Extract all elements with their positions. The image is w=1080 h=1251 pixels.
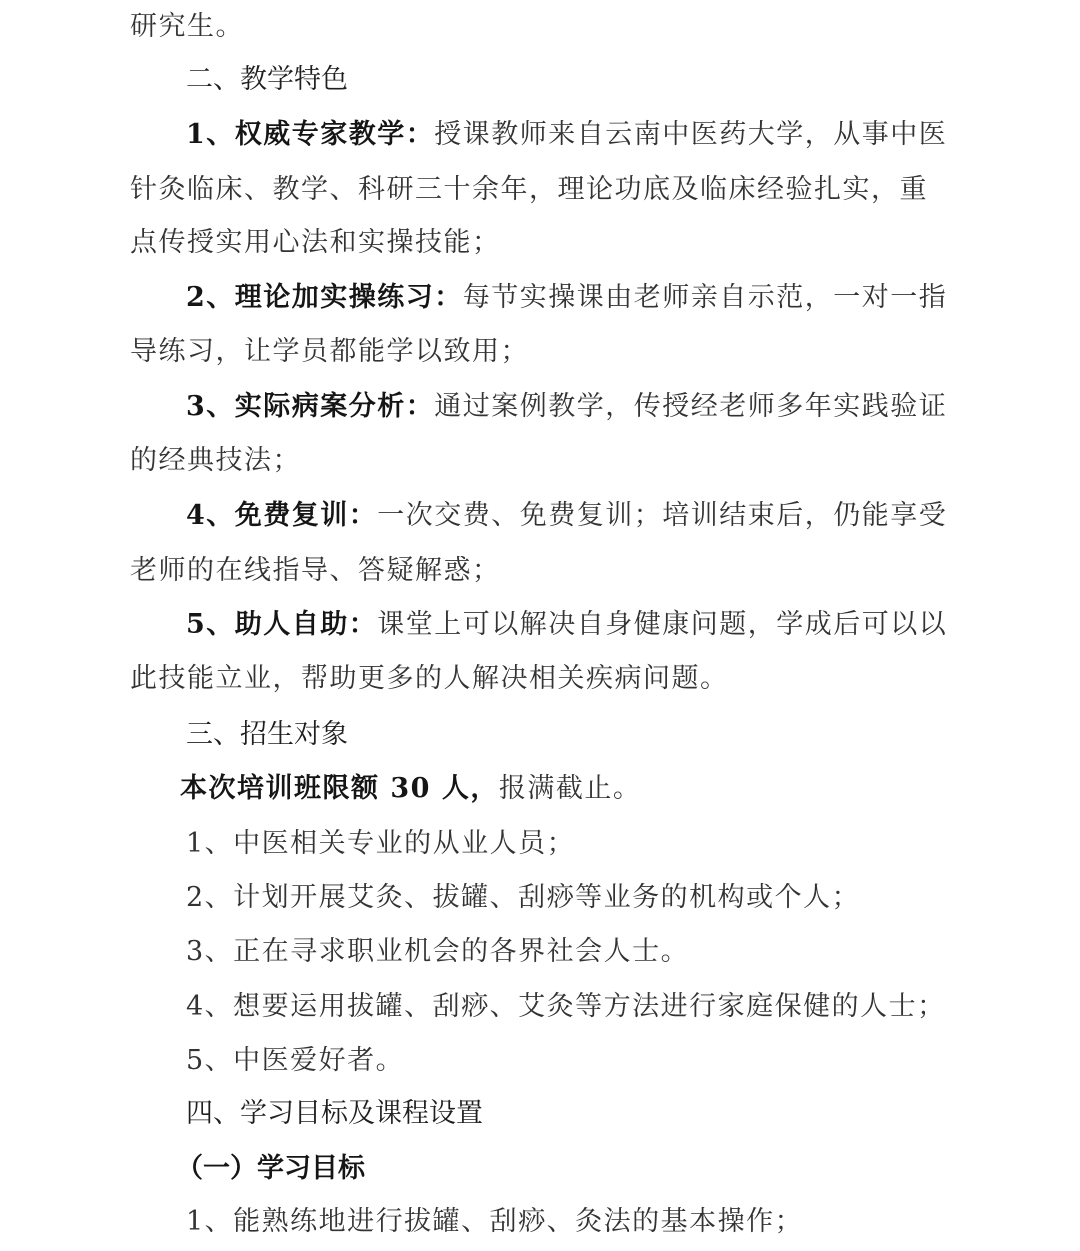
- feature-item-5-line2: 此技能立业，帮助更多的人解决相关疾病问题。: [130, 652, 960, 706]
- enrollment-quota-rest: 报满截止。: [499, 773, 642, 804]
- feature-item-1-line2: 针灸临床、教学、科研三十余年，理论功底及临床经验扎实，重: [130, 163, 960, 217]
- feature-item-1-text: 授课教师来自云南中医药大学，从事中医: [434, 119, 947, 150]
- goal-item-1: 1、能熟练地进行拔罐、刮痧、灸法的基本操作；: [186, 1195, 1016, 1249]
- feature-item-5: 5、助人自助：课堂上可以解决自身健康问题，学成后可以以: [186, 598, 960, 652]
- audience-item-4: 4、想要运用拔罐、刮痧、艾灸等方法进行家庭保健的人士；: [186, 980, 1016, 1034]
- feature-item-4: 4、免费复训：一次交费、免费复训；培训结束后，仍能享受: [186, 489, 960, 543]
- section-4-heading: 四、学习目标及课程设置: [186, 1087, 960, 1141]
- feature-item-5-lead: 5、助人自助：: [186, 609, 377, 640]
- feature-item-3-text: 通过案例教学，传授经老师多年实践验证: [434, 391, 947, 422]
- feature-item-2-line2: 导练习，让学员都能学以致用；: [130, 325, 960, 379]
- document-page: 研究生。 二、教学特色 1、权威专家教学：授课教师来自云南中医药大学，从事中医 …: [0, 0, 1080, 1251]
- feature-item-4-lead: 4、免费复训：: [186, 500, 377, 531]
- enrollment-quota: 本次培训班限额 30 人，报满截止。: [180, 762, 1010, 816]
- feature-item-4-line2: 老师的在线指导、答疑解惑；: [130, 544, 960, 598]
- feature-item-1: 1、权威专家教学：授课教师来自云南中医药大学，从事中医: [186, 108, 960, 162]
- feature-item-3-lead: 3、实际病案分析：: [186, 391, 434, 422]
- feature-item-2-lead: 2、理论加实操练习：: [186, 282, 463, 313]
- audience-item-5: 5、中医爱好者。: [186, 1034, 1016, 1088]
- feature-item-1-line3: 点传授实用心法和实操技能；: [130, 216, 960, 270]
- audience-item-3: 3、正在寻求职业机会的各界社会人士。: [186, 925, 1016, 979]
- section-4-subheading: （一）学习目标: [176, 1142, 1006, 1196]
- feature-item-2-text: 每节实操课由老师亲自示范，一对一指: [463, 282, 948, 313]
- feature-item-5-text: 课堂上可以解决自身健康问题，学成后可以以: [377, 609, 947, 640]
- enrollment-quota-bold: 本次培训班限额 30 人，: [180, 773, 499, 804]
- audience-item-1: 1、中医相关专业的从业人员；: [186, 817, 1016, 871]
- feature-item-3-line2: 的经典技法；: [130, 434, 960, 488]
- section-2-heading: 二、教学特色: [186, 53, 960, 107]
- section-3-heading: 三、招生对象: [186, 708, 960, 762]
- audience-item-2: 2、计划开展艾灸、拔罐、刮痧等业务的机构或个人；: [186, 871, 1016, 925]
- feature-item-3: 3、实际病案分析：通过案例教学，传授经老师多年实践验证: [186, 380, 960, 434]
- feature-item-1-lead: 1、权威专家教学：: [186, 119, 434, 150]
- intro-tail-text: 研究生。: [130, 0, 960, 54]
- feature-item-2: 2、理论加实操练习：每节实操课由老师亲自示范，一对一指: [186, 271, 960, 325]
- feature-item-4-text: 一次交费、免费复训；培训结束后，仍能享受: [377, 500, 947, 531]
